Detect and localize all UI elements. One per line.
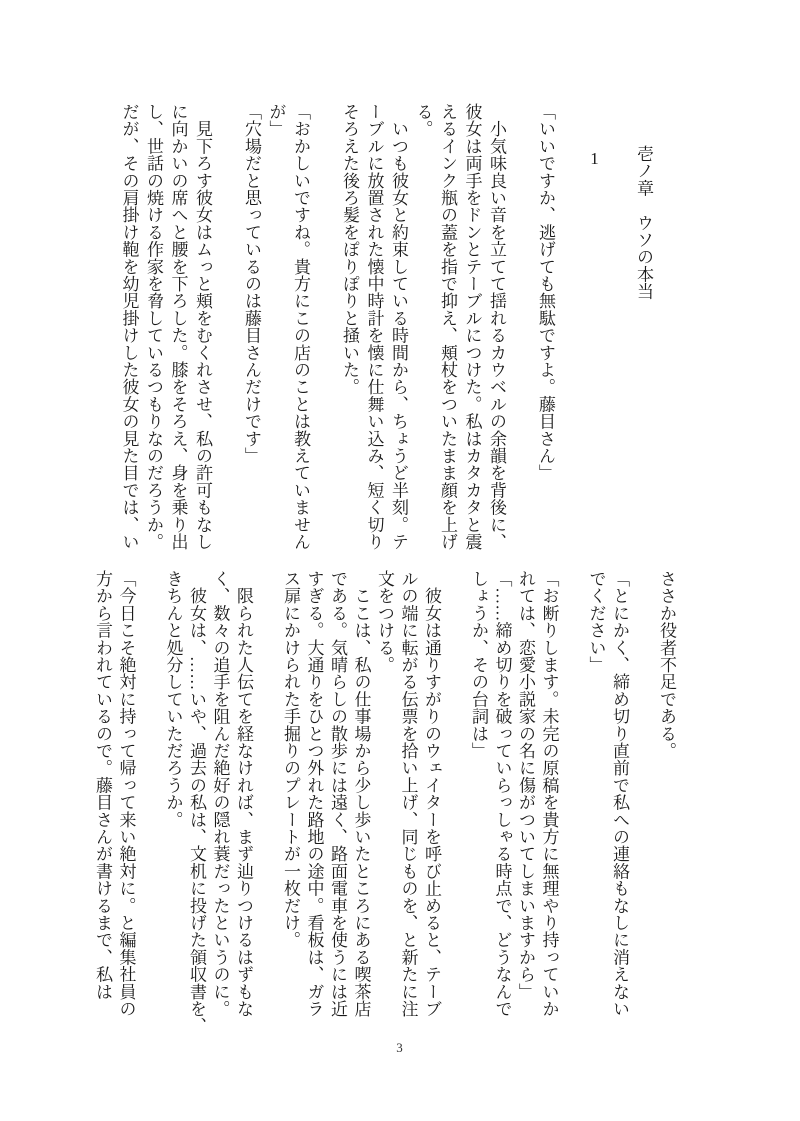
blank-line <box>138 570 162 1038</box>
lower-text-band: ささか役者不足である。 「とにかく、締め切り直前で私への連絡もなしに消えないでく… <box>91 570 679 1038</box>
blank-line <box>255 570 279 1038</box>
text-line: ここは、私の仕事場から少し歩いたところにある喫茶店 <box>349 570 373 1038</box>
blank-line <box>508 103 533 571</box>
blank-line <box>557 103 582 571</box>
text-line: れては、恋愛小説家の名に傷がついてしまいますから」 <box>514 570 538 1038</box>
text-line: 「穴場だと思っているのは藤目さんだけです」 <box>239 103 264 571</box>
text-line: く、数々の追手を阻んだ絶好の隠れ蓑だったというのに。 <box>208 570 232 1038</box>
blank-line <box>443 570 467 1038</box>
text-line: 文をつける。 <box>373 570 397 1038</box>
blank-line <box>561 570 585 1038</box>
novel-page: 壱ノ章 ウソの本当 1 「いいですか、逃げても無駄ですよ。藤目さん」 小気味良い… <box>0 0 800 1121</box>
text-line: 「今日こそ絶対に持って帰って来い絶対に。と編集社員の <box>114 570 138 1038</box>
text-line: いつも彼女と約束している時間から、ちょうど半刻。テ <box>386 103 411 571</box>
chapter-title: 壱ノ章 ウソの本当 <box>631 103 656 571</box>
text-line: ささか役者不足である。 <box>655 570 679 1038</box>
text-line: そろえた後ろ髪をぽりぽりと掻いた。 <box>337 103 362 571</box>
upper-band-lines: 「いいですか、逃げても無駄ですよ。藤目さん」 小気味良い音を立てて揺れるカウベル… <box>116 103 557 571</box>
text-line: ーブルに放置された懐中時計を懐に仕舞い込み、短く切り <box>361 103 386 571</box>
blank-line <box>631 570 655 1038</box>
lower-band-lines: ささか役者不足である。 「とにかく、締め切り直前で私への連絡もなしに消えないでく… <box>91 570 679 1038</box>
blank-line <box>312 103 337 571</box>
text-line: だが、その肩掛け鞄を幼児掛けした彼女の見た目では、い <box>116 103 141 571</box>
text-line: えるインク瓶の蓋を指で抑え、頬杖をついたまま顔を上げ <box>435 103 460 571</box>
text-line: 彼女は通りすがりのウェイターを呼び止めると、テーブ <box>420 570 444 1038</box>
text-line: しょうか、その台詞は」 <box>467 570 491 1038</box>
text-line: ルの端に転がる伝票を拾い上げ、同じものを、と新たに注 <box>396 570 420 1038</box>
text-line: きちんと処分していただろうか。 <box>161 570 185 1038</box>
text-line: 見下ろす彼女はムっと頬をむくれさせ、私の許可もなし <box>190 103 215 571</box>
section-number: 1 <box>582 103 607 571</box>
upper-text-band: 壱ノ章 ウソの本当 1 「いいですか、逃げても無駄ですよ。藤目さん」 小気味良い… <box>116 103 655 571</box>
text-line: 小気味良い音を立てて揺れるカウベルの余韻を背後に、 <box>484 103 509 571</box>
text-line: でください」 <box>584 570 608 1038</box>
text-line: る。 <box>410 103 435 571</box>
text-line: 限られた人伝てを経なければ、まず辿りつけるはずもな <box>232 570 256 1038</box>
text-line: 「……締め切りを破っていらっしゃる時点で、どうなんで <box>490 570 514 1038</box>
blank-line <box>606 103 631 571</box>
page-number: 3 <box>0 1040 800 1056</box>
text-line: が」 <box>263 103 288 571</box>
text-line: 「とにかく、締め切り直前で私への連絡もなしに消えない <box>608 570 632 1038</box>
text-line: 方から言われているので。藤目さんが書けるまで、私は <box>91 570 115 1038</box>
text-line: ス扉にかけられた手掘りのプレートが一枚だけ。 <box>279 570 303 1038</box>
text-line: 彼女は、……いや、過去の私は、文机に投げた領収書を、 <box>185 570 209 1038</box>
text-line: すぎる。大通りをひとつ外れた路地の途中。看板は、ガラ <box>302 570 326 1038</box>
text-line: し、世話の焼ける作家を脅しているつもりなのだろうか。 <box>141 103 166 571</box>
text-line: である。気晴らしの散歩には遠く、路面電車を使うには近 <box>326 570 350 1038</box>
text-line: 「いいですか、逃げても無駄ですよ。藤目さん」 <box>533 103 558 571</box>
text-line: 彼女は両手をドンとテーブルにつけた。私はカタカタと震 <box>459 103 484 571</box>
text-line: 「おかしいですね。貴方にこの店のことは教えていません <box>288 103 313 571</box>
text-line: に向かいの席へと腰を下ろした。膝をそろえ、身を乗り出 <box>165 103 190 571</box>
text-line: 「お断りします。未完の原稿を貴方に無理やり持っていか <box>537 570 561 1038</box>
blank-line <box>214 103 239 571</box>
